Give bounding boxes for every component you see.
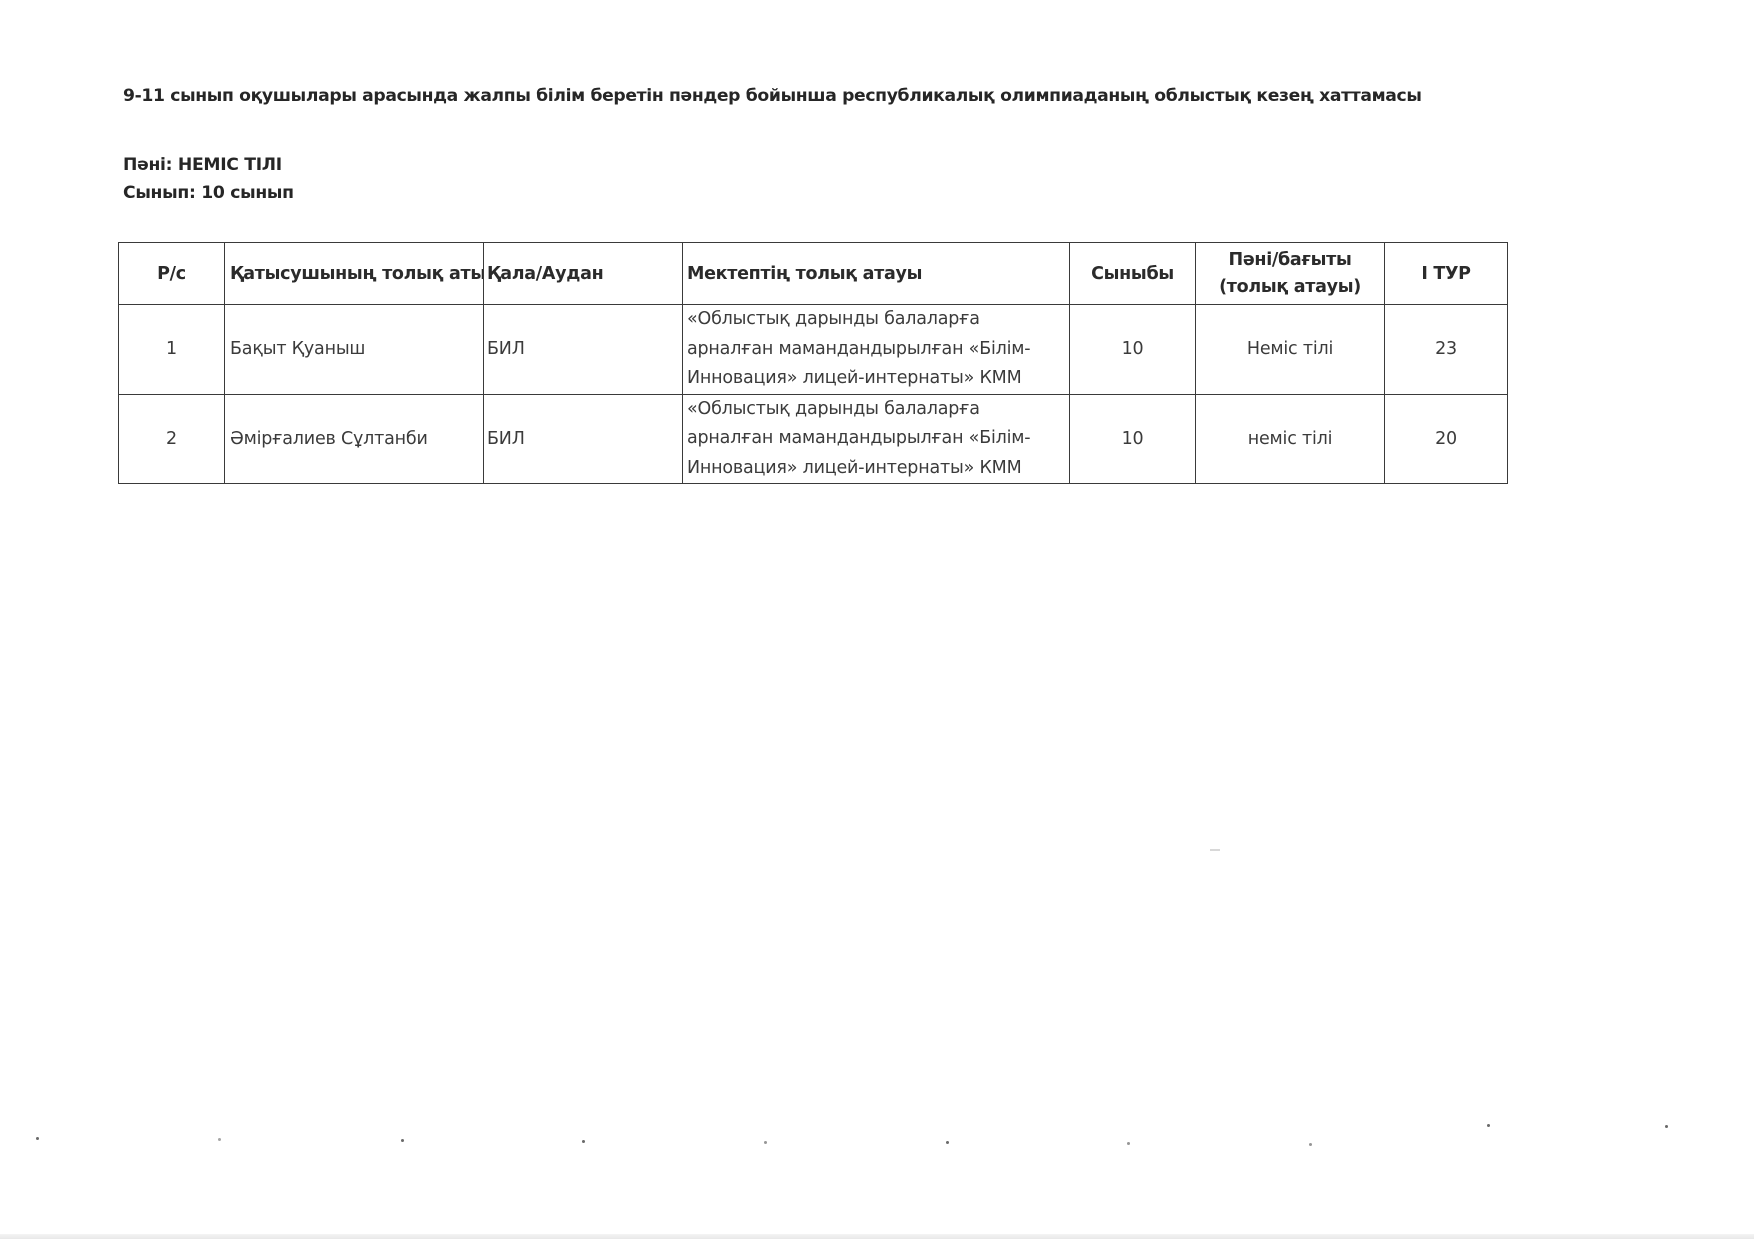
document-title: 9-11 сынып оқушылары арасында жалпы білі… xyxy=(123,86,1422,106)
header-city-district: Қала/Аудан xyxy=(484,243,683,305)
subject-line: Пәні: НЕМІС ТІЛІ xyxy=(123,155,282,175)
cell-city-district: БИЛ xyxy=(484,305,683,395)
scan-dot xyxy=(582,1140,585,1143)
cell-school-name: «Облыстық дарынды балаларға арналған мам… xyxy=(683,394,1070,484)
cell-subject: неміс тілі xyxy=(1196,394,1385,484)
cell-city-district: БИЛ xyxy=(484,394,683,484)
scan-dot xyxy=(764,1141,767,1144)
cell-school-name: «Облыстық дарынды балаларға арналған мам… xyxy=(683,305,1070,395)
cell-number: 1 xyxy=(119,305,225,395)
cell-participant-name: Бақыт Қуаныш xyxy=(225,305,484,395)
cell-participant-name: Әмірғалиев Сұлтанби xyxy=(225,394,484,484)
cell-grade: 10 xyxy=(1070,305,1196,395)
header-round-one: І ТУР xyxy=(1385,243,1508,305)
school-name-text: «Облыстық дарынды балаларға арналған мам… xyxy=(687,305,1065,394)
header-subject-text: Пәні/бағыты (толық атауы) xyxy=(1196,247,1384,301)
scan-artifact xyxy=(1210,849,1220,851)
scan-dot xyxy=(401,1139,404,1142)
scan-dot xyxy=(36,1137,39,1140)
header-subject: Пәні/бағыты (толық атауы) xyxy=(1196,243,1385,305)
scan-dot xyxy=(1487,1124,1490,1127)
header-participant-name: Қатысушының толық аты xyxy=(225,243,484,305)
header-number: Р/с xyxy=(119,243,225,305)
scan-edge xyxy=(0,1234,1754,1239)
scan-dot xyxy=(1665,1125,1668,1128)
cell-round-one-score: 23 xyxy=(1385,305,1508,395)
school-name-text: «Облыстық дарынды балаларға арналған мам… xyxy=(687,395,1065,484)
header-grade: Сыныбы xyxy=(1070,243,1196,305)
table-header-row: Р/с Қатысушының толық аты Қала/Аудан Мек… xyxy=(119,243,1508,305)
scan-dot xyxy=(1309,1143,1312,1146)
cell-subject: Неміс тілі xyxy=(1196,305,1385,395)
grade-line: Сынып: 10 сынып xyxy=(123,183,294,203)
results-table: Р/с Қатысушының толық аты Қала/Аудан Мек… xyxy=(118,242,1508,484)
scan-dot xyxy=(218,1138,221,1141)
cell-round-one-score: 20 xyxy=(1385,394,1508,484)
table-row: 2 Әмірғалиев Сұлтанби БИЛ «Облыстық дары… xyxy=(119,394,1508,484)
scan-dot xyxy=(946,1141,949,1144)
cell-grade: 10 xyxy=(1070,394,1196,484)
table-row: 1 Бақыт Қуаныш БИЛ «Облыстық дарынды бал… xyxy=(119,305,1508,395)
cell-number: 2 xyxy=(119,394,225,484)
header-school-name: Мектептің толық атауы xyxy=(683,243,1070,305)
scan-dot xyxy=(1127,1142,1130,1145)
